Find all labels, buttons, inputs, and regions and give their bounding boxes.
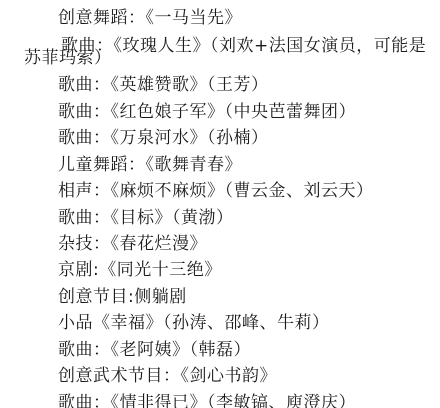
program-line: 杂技：《春花烂漫》 (58, 234, 207, 254)
program-line: 歌曲：《情非得已》（李敏镐、庾澄庆） (58, 393, 356, 408)
program-line: 创意武术节目：《剑心书韵》 (58, 366, 277, 386)
program-line: 儿童舞蹈：《歌舞青春》 (58, 155, 242, 175)
program-line: 歌曲：《红色娘子军》（中央芭蕾舞团） (58, 102, 356, 122)
program-line: 歌曲：《英雄赞歌》（王芳） (58, 75, 269, 95)
program-line-wrap: 苏菲玛索） (24, 48, 112, 68)
program-line: 相声：《麻烦不麻烦》（曹云金、刘云天） (58, 181, 374, 201)
program-line: 创意节目:侧躺剧 (58, 287, 187, 307)
program-line: 歌曲：《老阿姨》（韩磊） (58, 340, 251, 360)
program-line: 歌曲：《万泉河水》（孙楠） (58, 128, 269, 148)
program-line: 歌曲：《玫瑰人生》（刘欢+法国女演员，可能是 (61, 36, 426, 56)
program-line: 小品《幸福》（孙涛、邵峰、牛莉） (58, 313, 330, 333)
program-line: 京剧:《同光十三绝》 (58, 260, 222, 280)
program-line: 创意舞蹈：《一马当先》 (58, 8, 242, 28)
program-line: 歌曲：《目标》（黄渤） (58, 208, 234, 228)
